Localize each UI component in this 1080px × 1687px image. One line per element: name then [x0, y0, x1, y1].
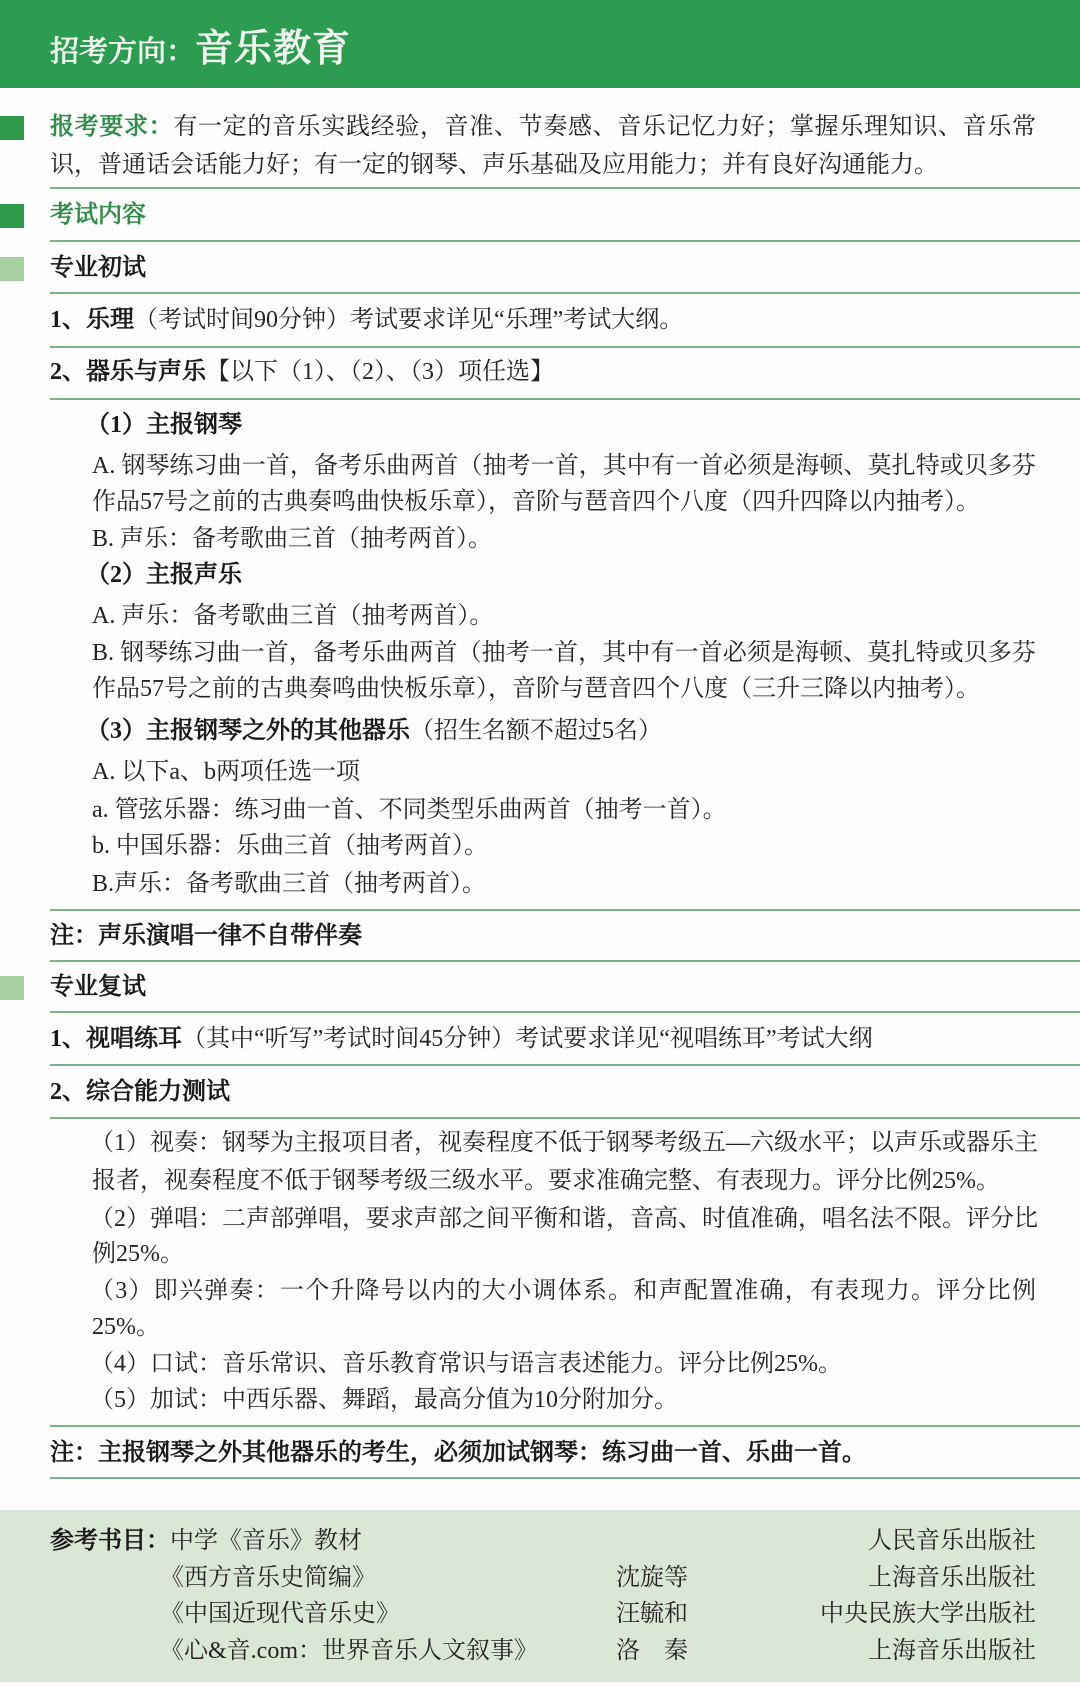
divider	[50, 292, 1080, 294]
requirements-line-2: 识，普通话会话能力好；有一定的钢琴、声乐基础及应用能力；并有良好沟通能力。	[50, 148, 938, 182]
book-title: 《中国近现代音乐史》	[160, 1597, 400, 1631]
section-marker-icon	[0, 204, 24, 228]
book-author: 沈旋等	[616, 1561, 688, 1595]
preliminary-heading: 专业初试	[50, 251, 146, 285]
option-title-note: （招生名额不超过5名）	[410, 718, 662, 744]
book-publisher: 中央民族大学出版社	[820, 1597, 1036, 1631]
comprehensive-line: （4）口试：音乐常识、音乐教育常识与语言表述能力。评分比例25%。	[90, 1347, 842, 1381]
option-vocal-line: A. 声乐：备考歌曲三首（抽考两首）。	[92, 599, 493, 633]
option-other-line: B.声乐：备考歌曲三首（抽考两首）。	[92, 867, 486, 901]
item-title: 1、乐理	[50, 307, 134, 333]
item-title: 2、器乐与声乐	[50, 359, 206, 385]
option-other-line: a. 管弦乐器：练习曲一首、不同类型乐曲两首（抽考一首）。	[92, 793, 727, 827]
item-text: 【以下（1）、（2）、（3）项任选】	[206, 359, 554, 385]
preliminary-item-instrument-vocal: 2、器乐与声乐【以下（1）、（2）、（3）项任选】	[50, 355, 554, 389]
page-header: 招考方向：音乐教育	[0, 0, 1080, 88]
requirements-line-1: 报考要求：有一定的音乐实践经验，音准、节奏感、音乐记忆力好；掌握乐理知识、音乐常	[50, 110, 1036, 144]
divider	[50, 346, 1080, 348]
book-publisher: 人民音乐出版社	[868, 1524, 1036, 1558]
divider	[50, 1064, 1080, 1066]
requirements-label: 报考要求：	[50, 114, 173, 140]
preliminary-note: 注：声乐演唱一律不自带伴奏	[50, 919, 362, 953]
divider	[50, 1425, 1080, 1427]
divider	[50, 1117, 1080, 1119]
comprehensive-line: （2）弹唱：二声部弹唱，要求声部之间平衡和谐，音高、时值准确，唱名法不限。评分比	[90, 1202, 1036, 1236]
book-title: 《西方音乐史简编》	[160, 1561, 376, 1595]
divider	[50, 909, 1080, 911]
exam-content-heading: 考试内容	[50, 198, 146, 232]
page-title: 招考方向：音乐教育	[50, 26, 351, 80]
divider	[50, 398, 1080, 400]
divider	[50, 240, 1080, 242]
subsection-marker-icon	[0, 257, 24, 281]
option-piano-line: 作品57号之前的古典奏鸣曲快板乐章），音阶与琶音四个八度（四升四降以内抽考）。	[92, 485, 980, 519]
option-piano-title: （1）主报钢琴	[86, 408, 242, 442]
option-piano-line: B. 声乐：备考歌曲三首（抽考两首）。	[92, 522, 492, 556]
item-text: （考试时间90分钟）考试要求详见“乐理”考试大纲。	[134, 307, 683, 333]
option-vocal-line: 作品57号之前的古典奏鸣曲快板乐章），音阶与琶音四个八度（三升三降以内抽考）。	[92, 672, 980, 706]
comprehensive-line: 报者，视奏程度不低于钢琴考级三级水平。要求准确完整、有表现力。评分比例25%。	[92, 1164, 1000, 1198]
title-main: 音乐教育	[195, 28, 351, 70]
option-other-line: A. 以下a、b两项任选一项	[92, 755, 360, 789]
item-title: 2、综合能力测试	[50, 1079, 230, 1105]
book-publisher: 上海音乐出版社	[868, 1561, 1036, 1595]
divider	[50, 187, 1080, 189]
option-vocal-line: B. 钢琴练习曲一首，备考乐曲两首（抽考一首，其中有一首必须是海顿、莫扎特或贝多…	[92, 636, 1036, 670]
book-title: 《心&音.com：世界音乐人文叙事》	[160, 1634, 538, 1668]
comprehensive-line: （5）加试：中西乐器、舞蹈，最高分值为10分附加分。	[90, 1383, 678, 1417]
section-marker-icon	[0, 116, 24, 140]
title-prefix: 招考方向：	[50, 36, 195, 68]
comprehensive-line: 25%。	[92, 1310, 160, 1344]
final-item-comprehensive: 2、综合能力测试	[50, 1075, 230, 1109]
final-heading: 专业复试	[50, 970, 146, 1004]
comprehensive-line: （1）视奏：钢琴为主报项目者，视奏程度不低于钢琴考级五—六级水平；以声乐或器乐主	[90, 1126, 1036, 1160]
option-other-line: b. 中国乐器：乐曲三首（抽考两首）。	[92, 829, 488, 863]
book-title: 中学《音乐》教材	[170, 1524, 362, 1558]
divider	[50, 960, 1080, 962]
preliminary-item-music-theory: 1、乐理（考试时间90分钟）考试要求详见“乐理”考试大纲。	[50, 303, 683, 337]
option-title: （3）主报钢琴之外的其他器乐	[86, 718, 410, 744]
book-author: 汪毓和	[616, 1597, 688, 1631]
book-publisher: 上海音乐出版社	[868, 1634, 1036, 1668]
book-author: 洛 秦	[616, 1634, 688, 1668]
option-piano-line: A. 钢琴练习曲一首，备考乐曲两首（抽考一首，其中有一首必须是海顿、莫扎特或贝多…	[92, 449, 1036, 483]
final-item-sight-singing: 1、视唱练耳（其中“听写”考试时间45分钟）考试要求详见“视唱练耳”考试大纲	[50, 1022, 873, 1056]
final-note: 注：主报钢琴之外其他器乐的考生，必须加试钢琴：练习曲一首、乐曲一首。	[50, 1436, 866, 1470]
references-panel: 参考书目： 中学《音乐》教材 人民音乐出版社 《西方音乐史简编》 沈旋等 上海音…	[0, 1510, 1080, 1682]
divider	[50, 1477, 1080, 1479]
option-other-instruments-title: （3）主报钢琴之外的其他器乐（招生名额不超过5名）	[86, 714, 662, 748]
requirements-text: 有一定的音乐实践经验，音准、节奏感、音乐记忆力好；掌握乐理知识、音乐常	[173, 114, 1036, 140]
item-text: （其中“听写”考试时间45分钟）考试要求详见“视唱练耳”考试大纲	[182, 1026, 873, 1052]
comprehensive-line: 例25%。	[92, 1237, 184, 1271]
references-label: 参考书目：	[50, 1524, 170, 1558]
subsection-marker-icon	[0, 976, 24, 1000]
comprehensive-line: （3）即兴弹奏：一个升降号以内的大小调体系。和声配置准确，有表现力。评分比例	[90, 1274, 1036, 1308]
option-vocal-title: （2）主报声乐	[86, 558, 242, 592]
divider	[50, 1011, 1080, 1013]
item-title: 1、视唱练耳	[50, 1026, 182, 1052]
